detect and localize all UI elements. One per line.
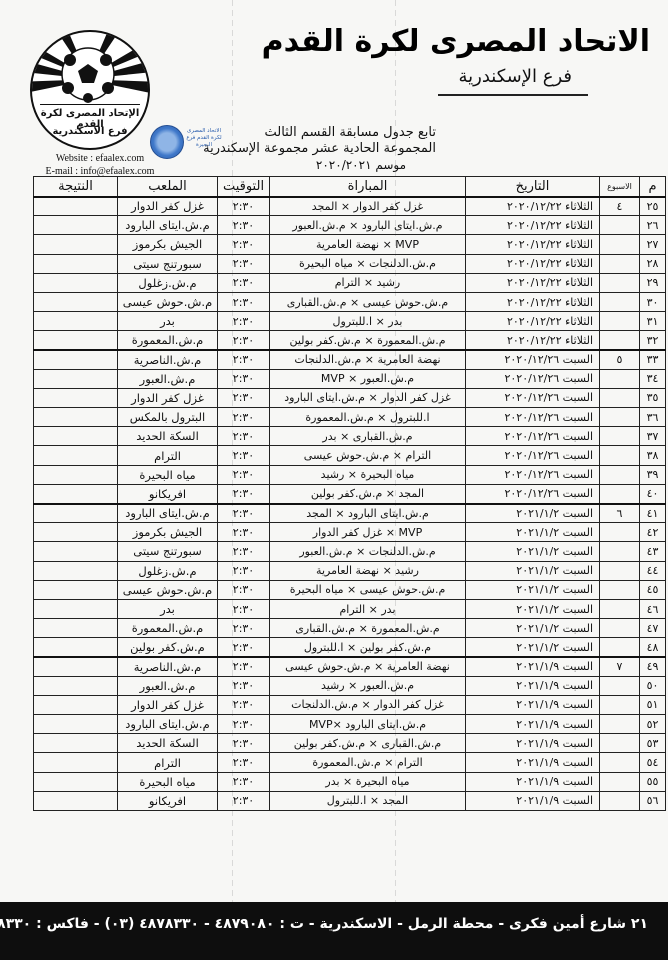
kickoff-time: ٢:٣٠ xyxy=(218,369,270,388)
kickoff-time: ٢:٣٠ xyxy=(218,273,270,292)
row-number: ٤٨ xyxy=(640,638,666,657)
kickoff-time: ٢:٣٠ xyxy=(218,235,270,254)
match-date: السبت ٢٠٢١/١/٩ xyxy=(466,791,600,810)
row-number: ٣٠ xyxy=(640,292,666,311)
kickoff-time: ٢:٣٠ xyxy=(218,446,270,465)
week-number: ٦ xyxy=(600,504,640,523)
kickoff-time: ٢:٣٠ xyxy=(218,580,270,599)
venue-name: م.ش.العبور xyxy=(118,676,218,695)
org-title: الاتحاد المصرى لكرة القدم xyxy=(262,24,650,59)
venue-name: البترول بالمكس xyxy=(118,408,218,427)
match-pairing: م.ش.القبارى × م.ش.كفر بولين xyxy=(270,734,466,753)
kickoff-time: ٢:٣٠ xyxy=(218,388,270,407)
week-number xyxy=(600,619,640,638)
venue-name: غزل كفر الدوار xyxy=(118,197,218,216)
week-number xyxy=(600,465,640,484)
table-row: ٢٦الثلاثاء ٢٠٢٠/١٢/٢٢م.ش.ايتاى البارود ×… xyxy=(34,216,666,235)
row-number: ٥٦ xyxy=(640,791,666,810)
venue-name: م.ش.ايتاى البارود xyxy=(118,504,218,523)
match-date: السبت ٢٠٢١/١/٢ xyxy=(466,504,600,523)
match-date: السبت ٢٠٢١/١/٢ xyxy=(466,619,600,638)
match-pairing: بدر × ا.للبترول xyxy=(270,312,466,331)
match-date: السبت ٢٠٢٠/١٢/٢٦ xyxy=(466,484,600,503)
table-row: ٢٨الثلاثاء ٢٠٢٠/١٢/٢٢م.ش.الدلنجات × مياه… xyxy=(34,254,666,273)
match-date: السبت ٢٠٢١/١/٩ xyxy=(466,772,600,791)
match-date: السبت ٢٠٢١/١/٩ xyxy=(466,676,600,695)
venue-name: افريكانو xyxy=(118,484,218,503)
match-date: السبت ٢٠٢١/١/٩ xyxy=(466,715,600,734)
kickoff-time: ٢:٣٠ xyxy=(218,676,270,695)
row-number: ٣٦ xyxy=(640,408,666,427)
row-number: ٣٢ xyxy=(640,331,666,350)
week-number xyxy=(600,331,640,350)
match-date: السبت ٢٠٢١/١/٢ xyxy=(466,561,600,580)
week-number xyxy=(600,254,640,273)
venue-name: الجيش بكرموز xyxy=(118,523,218,542)
match-result xyxy=(34,197,118,216)
match-pairing: المجد × م.ش.كفر بولين xyxy=(270,484,466,503)
week-number xyxy=(600,523,640,542)
group-title: المجموعة الحادية عشر مجموعة الإسكندرية xyxy=(203,141,436,156)
match-date: السبت ٢٠٢١/١/٩ xyxy=(466,695,600,714)
week-number xyxy=(600,312,640,331)
match-result xyxy=(34,619,118,638)
match-date: الثلاثاء ٢٠٢٠/١٢/٢٢ xyxy=(466,273,600,292)
kickoff-time: ٢:٣٠ xyxy=(218,216,270,235)
kickoff-time: ٢:٣٠ xyxy=(218,638,270,657)
row-number: ٥٠ xyxy=(640,676,666,695)
table-row: ٤٢السبت ٢٠٢١/١/٢MVP × غزل كفر الدوار٢:٣٠… xyxy=(34,523,666,542)
match-date: السبت ٢٠٢٠/١٢/٢٦ xyxy=(466,446,600,465)
venue-name: بدر xyxy=(118,599,218,618)
match-pairing: م.ش.حوش عيسى × مياه البحيرة xyxy=(270,580,466,599)
week-number xyxy=(600,427,640,446)
match-pairing: م.ش.حوش عيسى × م.ش.القبارى xyxy=(270,292,466,311)
match-date: السبت ٢٠٢١/١/٢ xyxy=(466,542,600,561)
match-date: السبت ٢٠٢٠/١٢/٢٦ xyxy=(466,408,600,427)
match-result xyxy=(34,580,118,599)
week-number xyxy=(600,599,640,618)
kickoff-time: ٢:٣٠ xyxy=(218,791,270,810)
table-row: ٥٠السبت ٢٠٢١/١/٩م.ش.العبور × رشيد٢:٣٠م.ش… xyxy=(34,676,666,695)
table-row: ٣٥السبت ٢٠٢٠/١٢/٢٦غزل كفر الدوار × م.ش.ا… xyxy=(34,388,666,407)
match-pairing: رشيد × الترام xyxy=(270,273,466,292)
match-pairing: غزل كفر الدوار × م.ش.ايتاى البارود xyxy=(270,388,466,407)
row-number: ٤٧ xyxy=(640,619,666,638)
match-date: السبت ٢٠٢١/١/٢ xyxy=(466,523,600,542)
match-date: الثلاثاء ٢٠٢٠/١٢/٢٢ xyxy=(466,254,600,273)
row-number: ٢٨ xyxy=(640,254,666,273)
match-result xyxy=(34,446,118,465)
match-date: السبت ٢٠٢١/١/٩ xyxy=(466,657,600,676)
match-pairing: غزل كفر الدوار × المجد xyxy=(270,197,466,216)
row-number: ٤٥ xyxy=(640,580,666,599)
match-result xyxy=(34,331,118,350)
week-number xyxy=(600,484,640,503)
match-date: السبت ٢٠٢٠/١٢/٢٦ xyxy=(466,350,600,369)
footer-address: ٢١ شارع أمين فكرى - محطة الرمل - الاسكند… xyxy=(0,916,648,932)
match-result xyxy=(34,484,118,503)
venue-name: م.ش.ايتاى البارود xyxy=(118,216,218,235)
week-number xyxy=(600,695,640,714)
table-row: ٣٧السبت ٢٠٢٠/١٢/٢٦م.ش.القبارى × بدر٢:٣٠ا… xyxy=(34,427,666,446)
venue-name: بدر xyxy=(118,312,218,331)
table-row: ٥١السبت ٢٠٢١/١/٩غزل كفر الدوار × م.ش.الد… xyxy=(34,695,666,714)
venue-name: م.ش.كفر بولين xyxy=(118,638,218,657)
row-number: ٣٨ xyxy=(640,446,666,465)
week-number xyxy=(600,542,640,561)
match-pairing: م.ش.المعمورة × م.ش.القبارى xyxy=(270,619,466,638)
kickoff-time: ٢:٣٠ xyxy=(218,753,270,772)
week-number xyxy=(600,369,640,388)
federation-logo: الإتحاد المصرى لكرة القدم فرع الاسكندرية xyxy=(30,30,150,150)
table-row: ٥٣السبت ٢٠٢١/١/٩م.ش.القبارى × م.ش.كفر بو… xyxy=(34,734,666,753)
match-result xyxy=(34,638,118,657)
kickoff-time: ٢:٣٠ xyxy=(218,312,270,331)
match-date: السبت ٢٠٢٠/١٢/٢٦ xyxy=(466,388,600,407)
venue-name: سبورتنج سيتى xyxy=(118,254,218,273)
document-page: الاتحاد المصرى لكرة القدم فرع الإسكندرية xyxy=(0,0,668,960)
match-date: السبت ٢٠٢١/١/٢ xyxy=(466,580,600,599)
match-pairing: بدر × الترام xyxy=(270,599,466,618)
match-result xyxy=(34,216,118,235)
row-number: ٣٤ xyxy=(640,369,666,388)
row-number: ٤٠ xyxy=(640,484,666,503)
kickoff-time: ٢:٣٠ xyxy=(218,504,270,523)
kickoff-time: ٢:٣٠ xyxy=(218,408,270,427)
table-header-row: م الاسبوع التاريخ المباراة التوقيت الملع… xyxy=(34,177,666,197)
row-number: ٢٧ xyxy=(640,235,666,254)
venue-name: م.ش.حوش عيسى xyxy=(118,292,218,311)
divider xyxy=(438,94,588,96)
match-pairing: MVP × نهضة العامرية xyxy=(270,235,466,254)
row-number: ٥٤ xyxy=(640,753,666,772)
match-result xyxy=(34,561,118,580)
table-row: ٣١الثلاثاء ٢٠٢٠/١٢/٢٢بدر × ا.للبترول٢:٣٠… xyxy=(34,312,666,331)
venue-name: م.ش.العبور xyxy=(118,369,218,388)
match-pairing: الترام × م.ش.المعمورة xyxy=(270,753,466,772)
match-result xyxy=(34,657,118,676)
table-row: ٣٣٥السبت ٢٠٢٠/١٢/٢٦نهضة العامرية × م.ش.ا… xyxy=(34,350,666,369)
col-header-week: الاسبوع xyxy=(600,177,640,197)
match-result xyxy=(34,292,118,311)
kickoff-time: ٢:٣٠ xyxy=(218,542,270,561)
week-number xyxy=(600,235,640,254)
match-result xyxy=(34,254,118,273)
venue-name: السكة الحديد xyxy=(118,734,218,753)
table-row: ٤٧السبت ٢٠٢١/١/٢م.ش.المعمورة × م.ش.القبا… xyxy=(34,619,666,638)
logo-text: فرع الاسكندرية xyxy=(32,126,148,137)
venue-name: الجيش بكرموز xyxy=(118,235,218,254)
row-number: ٣٧ xyxy=(640,427,666,446)
match-pairing: م.ش.كفر بولين × ا.للبترول xyxy=(270,638,466,657)
schedule-subtitle: تابع جدول مسابقة القسم الثالث xyxy=(265,125,437,140)
table-row: ٤٠السبت ٢٠٢٠/١٢/٢٦المجد × م.ش.كفر بولين٢… xyxy=(34,484,666,503)
col-header-date: التاريخ xyxy=(466,177,600,197)
kickoff-time: ٢:٣٠ xyxy=(218,772,270,791)
row-number: ٢٦ xyxy=(640,216,666,235)
match-pairing: رشيد × نهضة العامرية xyxy=(270,561,466,580)
week-number xyxy=(600,273,640,292)
venue-name: م.ش.المعمورة xyxy=(118,331,218,350)
week-number xyxy=(600,292,640,311)
week-number xyxy=(600,216,640,235)
venue-name: م.ش.الناصرية xyxy=(118,657,218,676)
match-result xyxy=(34,388,118,407)
table-row: ٤٩٧السبت ٢٠٢١/١/٩نهضة العامرية × م.ش.حوش… xyxy=(34,657,666,676)
match-result xyxy=(34,676,118,695)
match-date: الثلاثاء ٢٠٢٠/١٢/٢٢ xyxy=(466,197,600,216)
match-result xyxy=(34,695,118,714)
table-row: ٥٥السبت ٢٠٢١/١/٩مياه البحيرة × بدر٢:٣٠مي… xyxy=(34,772,666,791)
match-result xyxy=(34,427,118,446)
match-pairing: م.ش.العبور × MVP xyxy=(270,369,466,388)
row-number: ٢٩ xyxy=(640,273,666,292)
venue-name: غزل كفر الدوار xyxy=(118,388,218,407)
col-header-match: المباراة xyxy=(270,177,466,197)
venue-name: م.ش.المعمورة xyxy=(118,619,218,638)
venue-name: م.ش.ايتاى البارود xyxy=(118,715,218,734)
match-pairing: م.ش.القبارى × بدر xyxy=(270,427,466,446)
row-number: ٤٤ xyxy=(640,561,666,580)
kickoff-time: ٢:٣٠ xyxy=(218,561,270,580)
match-pairing: م.ش.الدلنجات × مياه البحيرة xyxy=(270,254,466,273)
row-number: ٣١ xyxy=(640,312,666,331)
match-date: الثلاثاء ٢٠٢٠/١٢/٢٢ xyxy=(466,235,600,254)
week-number xyxy=(600,734,640,753)
row-number: ٥٥ xyxy=(640,772,666,791)
match-date: الثلاثاء ٢٠٢٠/١٢/٢٢ xyxy=(466,216,600,235)
match-result xyxy=(34,465,118,484)
match-date: السبت ٢٠٢٠/١٢/٢٦ xyxy=(466,427,600,446)
org-branch: فرع الإسكندرية xyxy=(458,66,572,87)
contact-info: Website : efaalex.com E-mail : info@efaa… xyxy=(30,152,170,178)
table-row: ٥٤السبت ٢٠٢١/١/٩الترام × م.ش.المعمورة٢:٣… xyxy=(34,753,666,772)
week-number xyxy=(600,561,640,580)
venue-name: م.ش.الناصرية xyxy=(118,350,218,369)
row-number: ٣٥ xyxy=(640,388,666,407)
table-row: ٣٠الثلاثاء ٢٠٢٠/١٢/٢٢م.ش.حوش عيسى × م.ش.… xyxy=(34,292,666,311)
kickoff-time: ٢:٣٠ xyxy=(218,254,270,273)
match-date: الثلاثاء ٢٠٢٠/١٢/٢٢ xyxy=(466,312,600,331)
kickoff-time: ٢:٣٠ xyxy=(218,292,270,311)
table-row: ٢٧الثلاثاء ٢٠٢٠/١٢/٢٢MVP × نهضة العامرية… xyxy=(34,235,666,254)
match-date: السبت ٢٠٢١/١/٩ xyxy=(466,734,600,753)
match-result xyxy=(34,734,118,753)
match-result xyxy=(34,273,118,292)
week-number: ٥ xyxy=(600,350,640,369)
season-label: موسم ٢٠٢٠/٢٠٢١ xyxy=(316,158,406,172)
footer-bar: ٢١ شارع أمين فكرى - محطة الرمل - الاسكند… xyxy=(0,902,668,960)
table-row: ٣٦السبت ٢٠٢٠/١٢/٢٦ا.للبترول × م.ش.المعمو… xyxy=(34,408,666,427)
kickoff-time: ٢:٣٠ xyxy=(218,331,270,350)
fixtures-table: م الاسبوع التاريخ المباراة التوقيت الملع… xyxy=(33,176,666,811)
match-pairing: نهضة العامرية × م.ش.الدلنجات xyxy=(270,350,466,369)
match-result xyxy=(34,408,118,427)
match-result xyxy=(34,542,118,561)
table-row: ٤٦السبت ٢٠٢١/١/٢بدر × الترام٢:٣٠بدر xyxy=(34,599,666,618)
col-header-venue: الملعب xyxy=(118,177,218,197)
week-number xyxy=(600,408,640,427)
col-header-no: م xyxy=(640,177,666,197)
row-number: ٤٣ xyxy=(640,542,666,561)
table-row: ٤٤السبت ٢٠٢١/١/٢رشيد × نهضة العامرية٢:٣٠… xyxy=(34,561,666,580)
col-header-result: النتيجة xyxy=(34,177,118,197)
website-text: Website : efaalex.com xyxy=(30,152,170,165)
row-number: ٤١ xyxy=(640,504,666,523)
match-pairing: MVP × غزل كفر الدوار xyxy=(270,523,466,542)
kickoff-time: ٢:٣٠ xyxy=(218,657,270,676)
match-result xyxy=(34,369,118,388)
week-number xyxy=(600,580,640,599)
kickoff-time: ٢:٣٠ xyxy=(218,599,270,618)
week-number xyxy=(600,676,640,695)
week-number xyxy=(600,772,640,791)
match-result xyxy=(34,235,118,254)
match-pairing: م.ش.المعمورة × م.ش.كفر بولين xyxy=(270,331,466,350)
kickoff-time: ٢:٣٠ xyxy=(218,465,270,484)
kickoff-time: ٢:٣٠ xyxy=(218,734,270,753)
match-date: الثلاثاء ٢٠٢٠/١٢/٢٢ xyxy=(466,292,600,311)
match-pairing: غزل كفر الدوار × م.ش.الدلنجات xyxy=(270,695,466,714)
venue-name: مياه البحيرة xyxy=(118,772,218,791)
match-pairing: نهضة العامرية × م.ش.حوش عيسى xyxy=(270,657,466,676)
stamp-seal-icon xyxy=(150,125,184,159)
kickoff-time: ٢:٣٠ xyxy=(218,484,270,503)
venue-name: افريكانو xyxy=(118,791,218,810)
row-number: ٥٣ xyxy=(640,734,666,753)
row-number: ٣٩ xyxy=(640,465,666,484)
row-number: ٤٦ xyxy=(640,599,666,618)
kickoff-time: ٢:٣٠ xyxy=(218,619,270,638)
match-date: السبت ٢٠٢٠/١٢/٢٦ xyxy=(466,465,600,484)
table-row: ٤٣السبت ٢٠٢١/١/٢م.ش.الدلنجات × م.ش.العبو… xyxy=(34,542,666,561)
week-number xyxy=(600,753,640,772)
match-result xyxy=(34,504,118,523)
row-number: ٣٣ xyxy=(640,350,666,369)
table-row: ٤١٦السبت ٢٠٢١/١/٢م.ش.ايتاى البارود × الم… xyxy=(34,504,666,523)
venue-name: م.ش.زغلول xyxy=(118,273,218,292)
match-pairing: مياه البحيرة × رشيد xyxy=(270,465,466,484)
row-number: ٥٢ xyxy=(640,715,666,734)
table-row: ٥٦السبت ٢٠٢١/١/٩المجد × ا.للبترول٢:٣٠افر… xyxy=(34,791,666,810)
match-pairing: م.ش.ايتاى البارود × المجد xyxy=(270,504,466,523)
table-row: ٣٤السبت ٢٠٢٠/١٢/٢٦م.ش.العبور × MVP٢:٣٠م.… xyxy=(34,369,666,388)
kickoff-time: ٢:٣٠ xyxy=(218,197,270,216)
week-number xyxy=(600,791,640,810)
match-result xyxy=(34,350,118,369)
match-pairing: الترام × م.ش.حوش عيسى xyxy=(270,446,466,465)
kickoff-time: ٢:٣٠ xyxy=(218,350,270,369)
kickoff-time: ٢:٣٠ xyxy=(218,715,270,734)
table-row: ٣٢الثلاثاء ٢٠٢٠/١٢/٢٢م.ش.المعمورة × م.ش.… xyxy=(34,331,666,350)
kickoff-time: ٢:٣٠ xyxy=(218,427,270,446)
match-result xyxy=(34,312,118,331)
match-date: السبت ٢٠٢١/١/٢ xyxy=(466,599,600,618)
match-pairing: مياه البحيرة × بدر xyxy=(270,772,466,791)
match-date: السبت ٢٠٢٠/١٢/٢٦ xyxy=(466,369,600,388)
venue-name: م.ش.زغلول xyxy=(118,561,218,580)
table-row: ٤٥السبت ٢٠٢١/١/٢م.ش.حوش عيسى × مياه البح… xyxy=(34,580,666,599)
match-pairing: المجد × ا.للبترول xyxy=(270,791,466,810)
week-number: ٧ xyxy=(600,657,640,676)
week-number xyxy=(600,388,640,407)
table-row: ٣٩السبت ٢٠٢٠/١٢/٢٦مياه البحيرة × رشيد٢:٣… xyxy=(34,465,666,484)
match-pairing: م.ش.العبور × رشيد xyxy=(270,676,466,695)
venue-name: السكة الحديد xyxy=(118,427,218,446)
week-number xyxy=(600,638,640,657)
kickoff-time: ٢:٣٠ xyxy=(218,523,270,542)
table-row: ٢٩الثلاثاء ٢٠٢٠/١٢/٢٢رشيد × الترام٢:٣٠م.… xyxy=(34,273,666,292)
match-result xyxy=(34,715,118,734)
table-row: ٥٢السبت ٢٠٢١/١/٩م.ش.ايتاى البارود ×MVP٢:… xyxy=(34,715,666,734)
row-number: ٥١ xyxy=(640,695,666,714)
match-pairing: ا.للبترول × م.ش.المعمورة xyxy=(270,408,466,427)
week-number: ٤ xyxy=(600,197,640,216)
kickoff-time: ٢:٣٠ xyxy=(218,695,270,714)
venue-name: سبورتنج سيتى xyxy=(118,542,218,561)
row-number: ٤٩ xyxy=(640,657,666,676)
row-number: ٢٥ xyxy=(640,197,666,216)
table-row: ٤٨السبت ٢٠٢١/١/٢م.ش.كفر بولين × ا.للبترو… xyxy=(34,638,666,657)
col-header-time: التوقيت xyxy=(218,177,270,197)
venue-name: مياه البحيرة xyxy=(118,465,218,484)
table-row: ٢٥٤الثلاثاء ٢٠٢٠/١٢/٢٢غزل كفر الدوار × ا… xyxy=(34,197,666,216)
match-date: الثلاثاء ٢٠٢٠/١٢/٢٢ xyxy=(466,331,600,350)
match-result xyxy=(34,753,118,772)
week-number xyxy=(600,715,640,734)
match-date: السبت ٢٠٢١/١/٩ xyxy=(466,753,600,772)
match-result xyxy=(34,523,118,542)
venue-name: الترام xyxy=(118,446,218,465)
row-number: ٤٢ xyxy=(640,523,666,542)
table-row: ٣٨السبت ٢٠٢٠/١٢/٢٦الترام × م.ش.حوش عيسى٢… xyxy=(34,446,666,465)
match-pairing: م.ش.الدلنجات × م.ش.العبور xyxy=(270,542,466,561)
match-result xyxy=(34,772,118,791)
match-result xyxy=(34,599,118,618)
match-pairing: م.ش.ايتاى البارود ×MVP xyxy=(270,715,466,734)
venue-name: الترام xyxy=(118,753,218,772)
week-number xyxy=(600,446,640,465)
match-pairing: م.ش.ايتاى البارود × م.ش.العبور xyxy=(270,216,466,235)
venue-name: م.ش.حوش عيسى xyxy=(118,580,218,599)
match-date: السبت ٢٠٢١/١/٢ xyxy=(466,638,600,657)
venue-name: غزل كفر الدوار xyxy=(118,695,218,714)
match-result xyxy=(34,791,118,810)
